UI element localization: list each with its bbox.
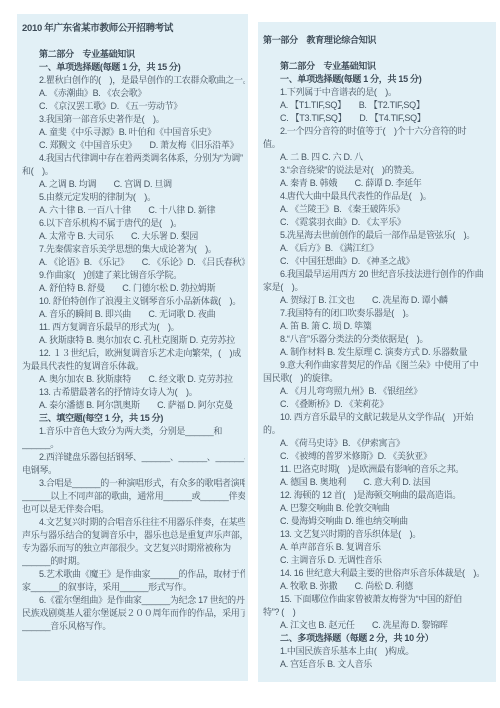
- text-line: 13. 文艺复兴时期的音乐织体是( )。: [263, 528, 493, 541]
- text-line: 5.冼星海去世前创作的最后一部作品是管弦乐( )。: [263, 229, 493, 242]
- text-line: A. 《后方》B. 《满江红》: [263, 242, 493, 255]
- text-line: C. 主调音乐 D. 无调性音乐: [263, 554, 493, 567]
- text-line: 4.唐代大曲中最具代表性的作品是( )。: [263, 190, 493, 203]
- text-line: C. 【T3.TIF,SQ】 D. 【T4.TIF,SQ】: [263, 112, 493, 125]
- text-line: 为最具代表性的复调音乐体裁。: [22, 360, 245, 373]
- text-line: 2.一个四分音符的时值等于( )个十六分音符的时: [263, 125, 493, 138]
- text-line: A. 《赤潮曲》B. 《农会歌》: [22, 87, 245, 100]
- text-line: 4.我国古代律调中存在着两类调名体系，分别为“为调”: [22, 152, 245, 165]
- document-title: 2010 年广东省某市教师公开招聘考试: [22, 22, 245, 35]
- text-line: 3.我国第一部音乐史著作是( )。: [22, 113, 245, 126]
- text-line: A. 《月儿弯弯照九州》B. 《银纽丝》: [263, 385, 493, 398]
- text-line: A. 制作材料 B. 发生原理 C. 演奏方式 D. 乐器数量: [263, 346, 493, 359]
- text-line: 6.《霍尔堡组曲》是作曲家______为纪念 17 世纪的丹麦: [22, 594, 245, 607]
- text-line: 也可以是无伴奏合唱。: [22, 503, 245, 516]
- text-line: A. 秦青 B. 韩娥 C. 薛谭 D. 李延年: [263, 177, 493, 190]
- text-line: A. 太常寺 B. 大司乐 C. 大乐署 D. 梨园: [22, 230, 245, 243]
- text-line: 13. 古希腊最著名的抒情诗女诗人为( )。: [22, 386, 245, 399]
- text-line: A. 单声部音乐 B. 复调音乐: [263, 541, 493, 554]
- text-line: 5.由蔡元定发明的律制为( )。: [22, 191, 245, 204]
- text-line: 第一部分 教育理论综合知识: [263, 34, 493, 47]
- text-line: 特”? ( ): [263, 606, 493, 619]
- text-line: 3.“余音绕梁”的说法是对( )的赞美。: [263, 164, 493, 177]
- blank-line: [22, 35, 245, 48]
- text-line: A. 《论语》B. 《乐记》 C. 《乐论》D. 《吕氏春秋》: [22, 256, 245, 269]
- text-line: A. 之调 B. 均调 C. 宫调 D. 旦调: [22, 178, 245, 191]
- text-line: 14. 16 世纪意大利最主要的世俗声乐音乐体裁是( )。: [263, 567, 493, 580]
- text-line: A. 牧歌 B. 弥撒 C. 尚松 D. 利德: [263, 580, 493, 593]
- text-line: 的。: [263, 424, 493, 437]
- text-line: 二、多项选择题（每题 2 分，共 10 分）: [263, 632, 493, 645]
- text-line: A. 奥尔加农 B. 狄斯康特 C. 经文歌 D. 克劳苏拉: [22, 373, 245, 386]
- text-line: 6.以下音乐机构不属于唐代的是( )。: [22, 217, 245, 230]
- text-line: 4.文艺复兴时期的合唱音乐往往不用器乐伴奏，在某些: [22, 516, 245, 529]
- exam-page-right: 第一部分 教育理论综合知识 第二部分 专业基础知识一、单项选择题(每题 1 分，…: [258, 22, 496, 682]
- text-line: 电钢琴。: [22, 464, 245, 477]
- text-line: A. 江文也 B. 赵元任 C. 冼星海 D. 黎锦晖: [263, 619, 493, 632]
- text-line: 7.先秦儒家音乐美学思想的集大成论著为( )。: [22, 243, 245, 256]
- text-line: C. 《京汉罢工歌》D. 《五一劳动节》: [22, 100, 245, 113]
- text-line: 声乐与器乐结合的复调音乐中，器乐也总是重复声乐声部，: [22, 529, 245, 542]
- text-line: C. 《中国狂想曲》D. 《神圣之战》: [263, 255, 493, 268]
- text-line: 7.我国特有的闭口吹奏乐器是( )。: [263, 307, 493, 320]
- text-line: ______以上不同声部的歌曲，通常用______或______伴奏，: [22, 490, 245, 503]
- text-line: C. 郑觐文《中国音乐史》 D. 萧友梅《旧乐沿革》: [22, 139, 245, 152]
- text-line: 11. 巴洛克时期( )是欧洲最有影响的音乐之邦。: [263, 463, 493, 476]
- text-line: 2.瞿秋白创作的( )，是最早创作的工农群众歌曲之一。: [22, 74, 245, 87]
- text-line: C. 《被缚的普罗米修斯》D. 《美狄亚》: [263, 450, 493, 463]
- text-line: 12. １３世纪后，欧洲复调音乐艺术走向繁荣，( )成: [22, 347, 245, 360]
- text-line: A. 《荷马史诗》B. 《伊索寓言》: [263, 437, 493, 450]
- text-line: 1.音乐中音色大致分为两大类，分别是______和: [22, 425, 245, 438]
- text-line: A. 泰尔潘德 B. 阿尔凯奥斯 C. 萨福 D. 阿尔克曼: [22, 399, 245, 412]
- text-line: 一、单项选择题(每题 1 分，共 15 分): [263, 73, 493, 86]
- text-line: A. 笛 B. 箫 C. 埙 D. 筚篥: [263, 320, 493, 333]
- text-line: A. 【T1.TIF,SQ】 B. 【T2.TIF,SQ】: [263, 99, 493, 112]
- text-line: C. 《叠断桥》D. 《茉莉花》: [263, 398, 493, 411]
- text-line: A. 舒伯特 B. 舒曼 C. 门德尔松 D. 勃拉姆斯: [22, 282, 245, 295]
- text-line: 2.西洋键盘乐器包括钢琴、______、______、______、: [22, 451, 245, 464]
- text-line: ______的时期。: [22, 555, 245, 568]
- text-line: ______。: [22, 438, 245, 451]
- text-line: A. 德国 B. 奥地利 C. 意大利 D. 法国: [263, 476, 493, 489]
- text-line: 一、单项选择题(每题 1 分，共 15 分): [22, 61, 245, 74]
- text-line: 10. 西方音乐最早的文献记载是从文学作品( )开始: [263, 411, 493, 424]
- text-line: 15. 下面哪位作曲家曾被萧友梅誉为“中国的舒伯: [263, 593, 493, 606]
- text-line: 值。: [263, 138, 493, 151]
- text-line: 第二部分 专业基础知识: [263, 60, 493, 73]
- text-line: C. 曼海姆交响曲 D. 维也纳交响曲: [263, 515, 493, 528]
- text-line: 1.下列属于中音谱表的是( )。: [263, 86, 493, 99]
- left-page-lines: 第二部分 专业基础知识一、单项选择题(每题 1 分，共 15 分)2.瞿秋白创作…: [22, 35, 245, 633]
- text-line: 10. 舒伯特创作了浪漫主义钢琴音乐小品新体裁( )。: [22, 295, 245, 308]
- text-line: 8.“八音”乐器分类法的分类依据是( )。: [263, 333, 493, 346]
- text-line: A. 贺绿汀 B. 江文也 C. 冼星海 D. 谭小麟: [263, 294, 493, 307]
- text-line: A. 狄斯康特 B. 奥尔加农 C. 孔杜克图斯 D. 克劳苏拉: [22, 334, 245, 347]
- text-line: 和( )。: [22, 165, 245, 178]
- text-line: 3.合唱是______的一种演唱形式，有众多的歌唱者演唱: [22, 477, 245, 490]
- text-line: A. 《兰陵王》B. 《秦王破阵乐》: [263, 203, 493, 216]
- text-line: 第二部分 专业基础知识: [22, 48, 245, 61]
- text-line: A. 音乐的瞬间 B. 即兴曲 C. 无词歌 D. 夜曲: [22, 308, 245, 321]
- text-line: 国民歌( )的旋律。: [263, 372, 493, 385]
- text-line: 5.艺术歌曲《魔王》是作曲家______的作品，取材于作: [22, 568, 245, 581]
- text-line: A. 童斐《中乐寻源》B. 叶伯和《中国音乐史》: [22, 126, 245, 139]
- text-line: 民族戏剧奠基人霍尔堡诞辰２００周年而作的作品，采用了: [22, 607, 245, 620]
- text-line: A. 六十律 B. 一百八十律 C. 十八律 D. 新律: [22, 204, 245, 217]
- text-line: A. 二 B. 四 C. 六 D. 八: [263, 151, 493, 164]
- text-line: A. 宫廷音乐 B. 文人音乐: [263, 658, 493, 671]
- text-line: A. 巴黎交响曲 B. 伦敦交响曲: [263, 502, 493, 515]
- text-line: C. 《霓裳羽衣曲》D. 《太平乐》: [263, 216, 493, 229]
- text-line: 专为器乐而写的独立声部很少。文艺复兴时期常被称为: [22, 542, 245, 555]
- text-line: 11. 西方复调音乐最早的形式为( )。: [22, 321, 245, 334]
- right-page-lines: 第一部分 教育理论综合知识 第二部分 专业基础知识一、单项选择题(每题 1 分，…: [263, 34, 493, 671]
- text-line: 家______的叙事诗，采用______形式写作。: [22, 581, 245, 594]
- text-line: 6.我国最早运用西方 20 世纪音乐技法进行创作的作曲: [263, 268, 493, 281]
- exam-page-left: 2010 年广东省某市教师公开招聘考试 第二部分 专业基础知识一、单项选择题(每…: [17, 14, 248, 681]
- text-line: 9.意大利作曲家普契尼的作品《图兰朵》中使用了中: [263, 359, 493, 372]
- text-line: 三、填空题(每空 1 分，共 15 分): [22, 412, 245, 425]
- text-line: 9.作曲家( )创建了莱比锡音乐学院。: [22, 269, 245, 282]
- blank-line: [263, 47, 493, 60]
- text-line: 家是( )。: [263, 281, 493, 294]
- text-line: 1.中国民族音乐基本上由( )构成。: [263, 645, 493, 658]
- text-line: ______音乐风格写作。: [22, 620, 245, 633]
- text-line: 12. 海顿的 12 首( )是海顿交响曲的最高造诣。: [263, 489, 493, 502]
